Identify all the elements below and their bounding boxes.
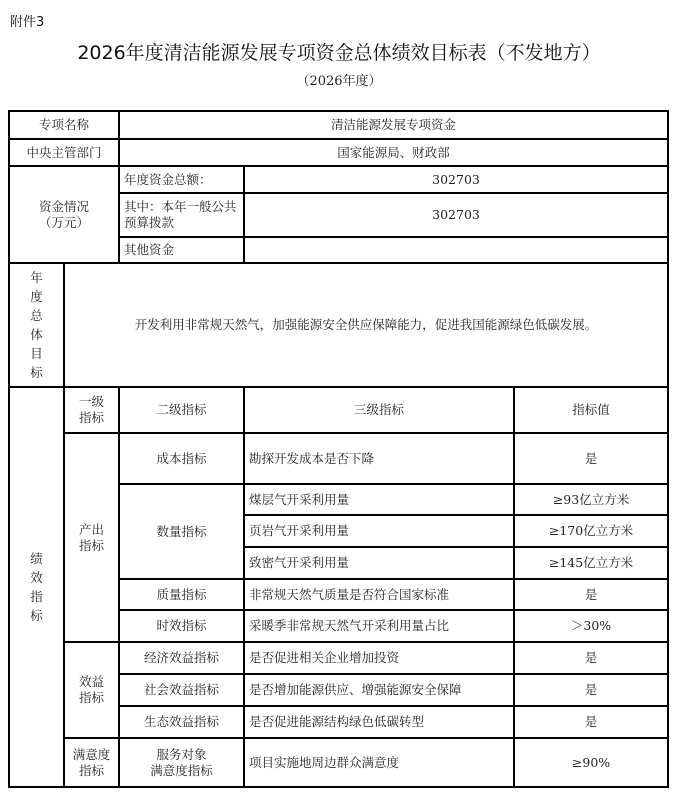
level1-line1: 满意度 [69, 747, 114, 763]
level2-cost: 成本指标 [119, 433, 244, 484]
level2-economic: 经济效益指标 [119, 642, 244, 674]
funding-total-label: 年度资金总额： [119, 166, 244, 193]
funding-budget-label-line2: 预算拨款 [124, 215, 239, 231]
funding-other-value [244, 237, 668, 263]
funding-label-line1: 资金情况 [14, 199, 114, 215]
level3-item: 是否增加能源供应、增强能源安全保障 [244, 674, 514, 706]
indicator-value: 是 [514, 433, 668, 484]
performance-label-char: 效 [14, 568, 59, 587]
funding-total-row: 资金情况 （万元） 年度资金总额： 302703 [9, 166, 668, 193]
level1-line2: 指标 [69, 763, 114, 779]
header-level2: 二级指标 [119, 387, 244, 433]
indicator-value: 是 [514, 674, 668, 706]
funding-label: 资金情况 （万元） [9, 166, 119, 263]
document-subtitle: （2026年度） [0, 70, 678, 89]
project-name-value: 清洁能源发展专项资金 [119, 111, 668, 139]
header-level1-line2: 指标 [69, 410, 114, 426]
funding-label-line2: （万元） [14, 215, 114, 231]
annual-goal-label: 年 度 总 体 目 标 [9, 263, 64, 387]
performance-section-label: 绩 效 指 标 [9, 387, 64, 787]
annual-goal-label-char: 目 [14, 344, 59, 363]
level1-satisfaction: 满意度 指标 [64, 738, 119, 787]
level3-item: 非常规天然气质量是否符合国家标准 [244, 579, 514, 610]
header-value: 指标值 [514, 387, 668, 433]
annual-goal-label-char: 标 [14, 363, 59, 382]
department-value: 国家能源局、财政部 [119, 139, 668, 166]
indicator-value: 是 [514, 706, 668, 738]
annual-goal-row: 年 度 总 体 目 标 开发利用非常规天然气，加强能源安全供应保障能力，促进我国… [9, 263, 668, 387]
performance-label-char: 绩 [14, 549, 59, 568]
level3-item: 采暖季非常规天然气开采利用量占比 [244, 610, 514, 642]
table-row: 满意度 指标 服务对象 满意度指标 项目实施地周边群众满意度 ≥90% [9, 738, 668, 787]
header-level1-line1: 一级 [69, 394, 114, 410]
level1-line2: 指标 [69, 538, 114, 554]
level3-item: 致密气开采利用量 [244, 547, 514, 579]
department-label: 中央主管部门 [9, 139, 119, 166]
project-name-row: 专项名称 清洁能源发展专项资金 [9, 111, 668, 139]
level1-line2: 指标 [69, 690, 114, 706]
level1-line1: 效益 [69, 674, 114, 690]
funding-total-value: 302703 [244, 166, 668, 193]
level1-line1: 产出 [69, 522, 114, 538]
funding-budget-label-line1: 其中：本年一般公共 [124, 199, 239, 215]
funding-budget-label: 其中：本年一般公共 预算拨款 [119, 193, 244, 237]
level2-social: 社会效益指标 [119, 674, 244, 706]
level2-service-satisfaction: 服务对象 满意度指标 [119, 738, 244, 787]
department-row: 中央主管部门 国家能源局、财政部 [9, 139, 668, 166]
level3-item: 页岩气开采利用量 [244, 515, 514, 547]
indicator-value: ≥170亿立方米 [514, 515, 668, 547]
project-name-label: 专项名称 [9, 111, 119, 139]
level2-line2: 满意度指标 [124, 763, 239, 779]
level2-quantity: 数量指标 [119, 484, 244, 579]
level3-item: 是否促进相关企业增加投资 [244, 642, 514, 674]
indicator-value: ＞30% [514, 610, 668, 642]
indicator-value: ≥145亿立方米 [514, 547, 668, 579]
attachment-label: 附件3 [10, 11, 44, 30]
annual-goal-label-char: 度 [14, 287, 59, 306]
level2-line1: 服务对象 [124, 747, 239, 763]
indicator-value: 是 [514, 579, 668, 610]
performance-label-char: 指 [14, 587, 59, 606]
annual-goal-label-char: 体 [14, 325, 59, 344]
indicator-value: 是 [514, 642, 668, 674]
header-level3: 三级指标 [244, 387, 514, 433]
level1-benefit: 效益 指标 [64, 642, 119, 738]
performance-target-table: 专项名称 清洁能源发展专项资金 中央主管部门 国家能源局、财政部 资金情况 （万… [8, 110, 669, 788]
header-level1: 一级 指标 [64, 387, 119, 433]
performance-label-char: 标 [14, 606, 59, 625]
document-title: 2026年度清洁能源发展专项资金总体绩效目标表（不发地方） [0, 38, 678, 65]
level3-item: 煤层气开采利用量 [244, 484, 514, 515]
annual-goal-label-char: 年 [14, 268, 59, 287]
level2-timeliness: 时效指标 [119, 610, 244, 642]
level3-item: 是否促进能源结构绿色低碳转型 [244, 706, 514, 738]
table-row: 效益 指标 经济效益指标 是否促进相关企业增加投资 是 [9, 642, 668, 674]
indicator-header-row: 绩 效 指 标 一级 指标 二级指标 三级指标 指标值 [9, 387, 668, 433]
annual-goal-label-char: 总 [14, 306, 59, 325]
indicator-value: ≥90% [514, 738, 668, 787]
level3-item: 项目实施地周边群众满意度 [244, 738, 514, 787]
funding-budget-value: 302703 [244, 193, 668, 237]
level2-quality: 质量指标 [119, 579, 244, 610]
indicator-value: ≥93亿立方米 [514, 484, 668, 515]
level3-item: 勘探开发成本是否下降 [244, 433, 514, 484]
annual-goal-text: 开发利用非常规天然气，加强能源安全供应保障能力，促进我国能源绿色低碳发展。 [64, 263, 668, 387]
table-row: 产出 指标 成本指标 勘探开发成本是否下降 是 [9, 433, 668, 484]
level2-ecological: 生态效益指标 [119, 706, 244, 738]
funding-other-label: 其他资金 [119, 237, 244, 263]
level1-output: 产出 指标 [64, 433, 119, 642]
